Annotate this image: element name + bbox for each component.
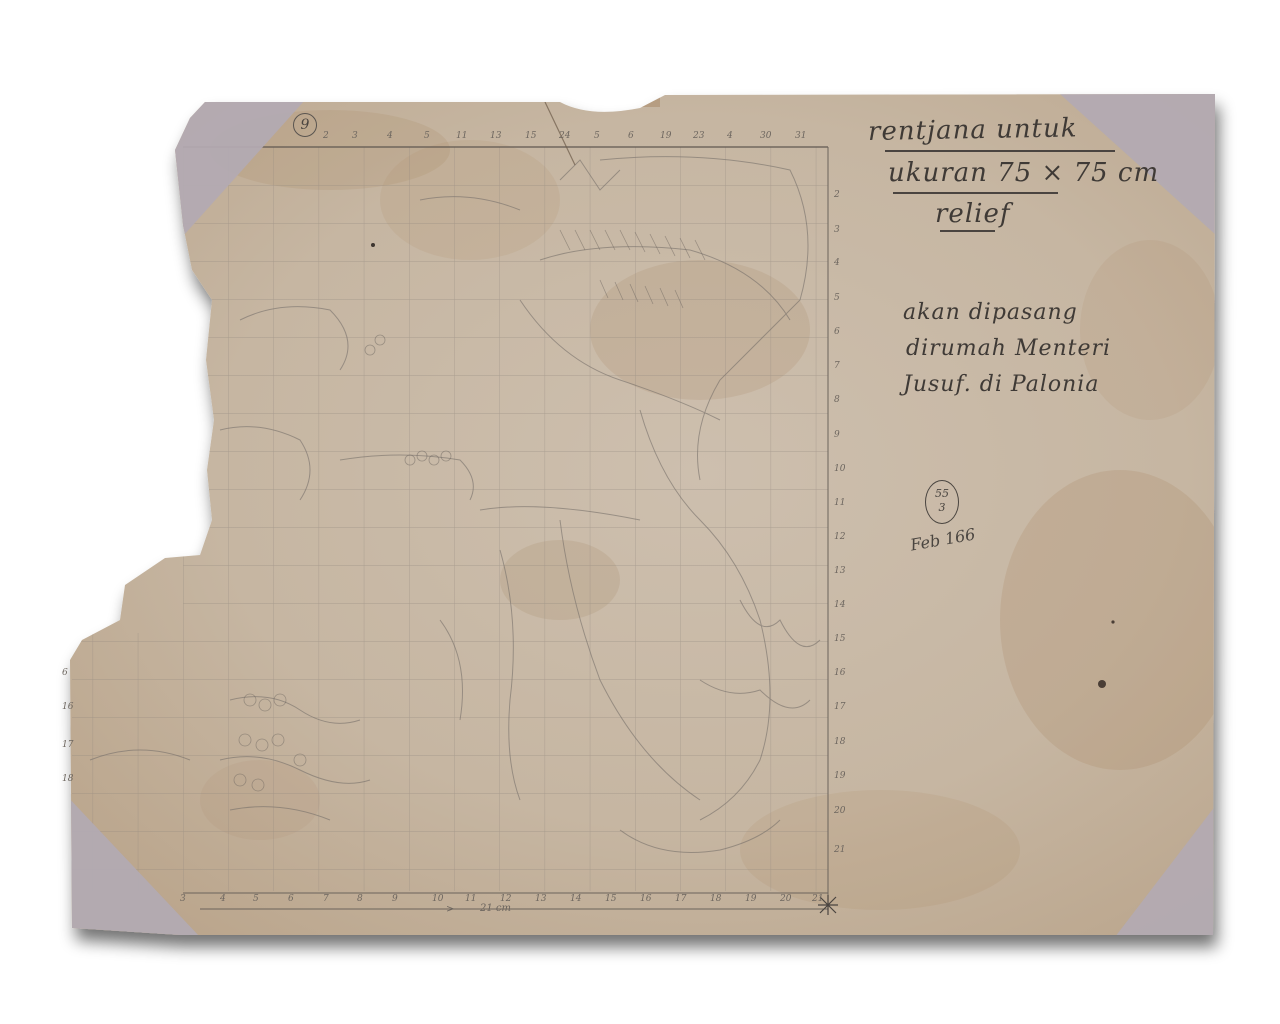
top-tick: 31 [795,131,806,141]
bottom-tick: 21 [812,894,823,904]
top-tick: 5 [424,131,430,141]
right-tick: 9 [834,430,840,440]
left-tick: 16 [62,702,73,712]
right-tick: 13 [834,566,845,576]
top-tick: 3 [352,131,358,141]
arrow-icon: > [446,904,454,915]
right-tick: 14 [834,600,845,610]
bottom-tick: 7 [323,894,329,904]
right-tick: 4 [834,258,840,268]
note-underline [893,192,1058,194]
sketch-sheet [0,0,1280,1024]
bottom-tick: 3 [180,894,186,904]
right-tick: 5 [834,293,840,303]
right-tick: 10 [834,464,845,474]
top-tick: 2 [323,131,329,141]
bottom-tick: 5 [253,894,259,904]
bottom-tick: 17 [675,894,686,904]
bottom-tick: 16 [640,894,651,904]
note-line-4: akan dipasang [903,300,1078,325]
top-tick: 19 [660,131,671,141]
top-tick: 4 [727,131,733,141]
top-tick: 11 [456,131,467,141]
right-tick: 11 [834,498,845,508]
top-tick: 13 [490,131,501,141]
right-tick: 2 [834,190,840,200]
note-line-2: ukuran 75 × 75 cm [888,158,1159,188]
bottom-tick: 4 [220,894,226,904]
bottom-tick: 18 [710,894,721,904]
right-tick: 15 [834,634,845,644]
left-tick: 18 [62,774,73,784]
note-line-3: relief [935,199,1010,229]
right-tick: 12 [834,532,845,542]
top-tick: 15 [525,131,536,141]
bottom-tick: 8 [357,894,363,904]
top-tick: 30 [760,131,771,141]
right-tick: 16 [834,668,845,678]
bottom-tick: 13 [535,894,546,904]
right-tick: 8 [834,395,840,405]
right-tick: 6 [834,327,840,337]
top-tick: 24 [559,131,570,141]
left-tick: 6 [62,668,68,678]
bottom-scale-label: 21 cm [480,903,511,914]
top-tick: 6 [628,131,634,141]
right-tick: 19 [834,771,845,781]
note-line-1: rentjana untuk [868,113,1078,147]
monogram-bottom: 3 [926,501,958,515]
top-tick: 23 [693,131,704,141]
photo-stage: 9 2 3 4 5 11 13 15 24 5 6 19 23 4 30 31 … [0,0,1280,1024]
right-tick: 18 [834,737,845,747]
bottom-tick: 15 [605,894,616,904]
top-tick: 5 [594,131,600,141]
bottom-tick: 14 [570,894,581,904]
right-tick: 3 [834,225,840,235]
signature-monogram: 55 3 [925,480,959,524]
bottom-tick: 10 [432,894,443,904]
right-tick: 21 [834,845,845,855]
sheet-number: 9 [293,113,317,137]
note-underline [885,150,1115,152]
bottom-tick: 9 [392,894,398,904]
note-line-6: Jusuf. di Palonia [903,372,1099,397]
right-tick: 7 [834,361,840,371]
left-tick: 17 [62,740,73,750]
right-tick: 20 [834,806,845,816]
bottom-tick: 11 [465,894,476,904]
bottom-tick: 6 [288,894,294,904]
top-tick: 4 [387,131,393,141]
note-line-5: dirumah Menteri [906,336,1111,361]
bottom-tick: 20 [780,894,791,904]
note-underline [940,230,995,232]
right-tick: 17 [834,702,845,712]
monogram-top: 55 [926,487,958,501]
bottom-tick: 19 [745,894,756,904]
